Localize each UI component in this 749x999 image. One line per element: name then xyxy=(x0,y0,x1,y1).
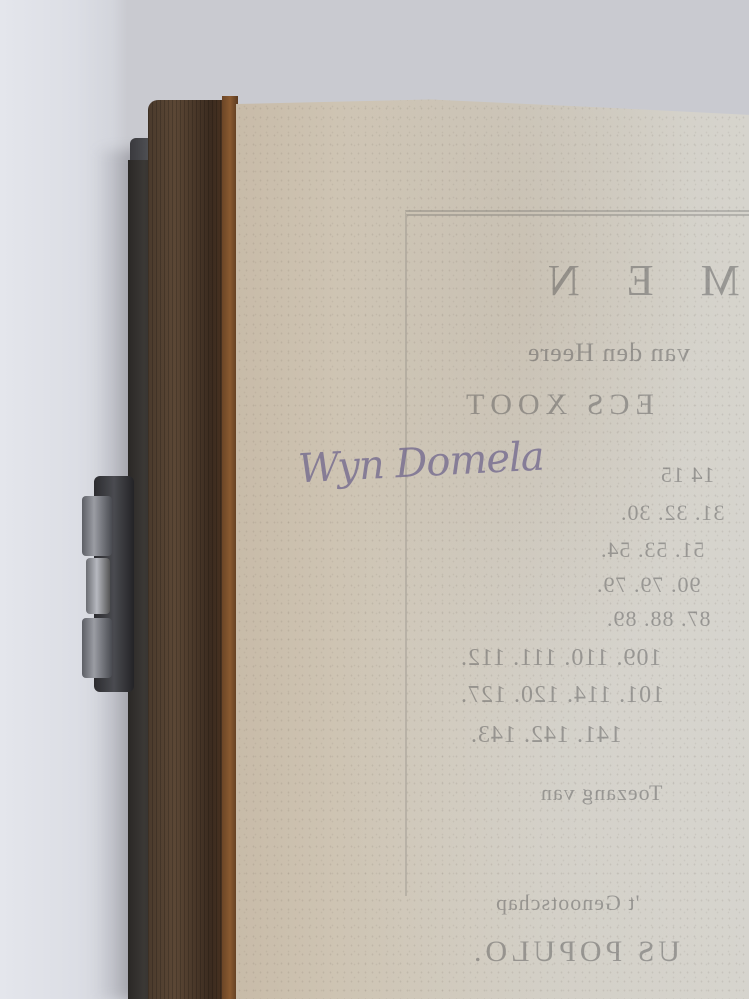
clasp-pin-icon xyxy=(86,558,110,614)
bleed-line: US POPULO. xyxy=(470,935,680,969)
bleed-line: ECS XOOT xyxy=(460,388,654,422)
book-photo: M E N van den Heere ECS XOOT 14 15 31. 3… xyxy=(0,0,749,999)
bleed-line: 31. 32. 30. xyxy=(620,500,725,526)
bleed-line: 141. 142. 143. xyxy=(470,722,622,749)
bleed-line: 87. 88. 89. xyxy=(606,606,711,632)
bleed-line: 't Genootschap xyxy=(495,890,639,916)
metal-hinge-clasp xyxy=(82,476,140,692)
bleed-line: 51. 53. 54. xyxy=(600,537,705,563)
bleed-line: 109. 110. 111. 112. xyxy=(460,645,661,672)
bleed-line: van den Heere xyxy=(527,338,690,368)
bleed-line: 90. 79. 79. xyxy=(596,572,701,598)
bleed-line: 101. 114. 120. 127. xyxy=(460,682,664,709)
bleed-line: 14 15 xyxy=(660,462,715,488)
bleed-title: M E N xyxy=(530,255,740,306)
bleed-line: Toezang van xyxy=(540,780,662,806)
clasp-knuckle-icon xyxy=(82,496,112,556)
page-rim xyxy=(222,96,238,999)
clasp-knuckle-icon xyxy=(82,618,112,678)
